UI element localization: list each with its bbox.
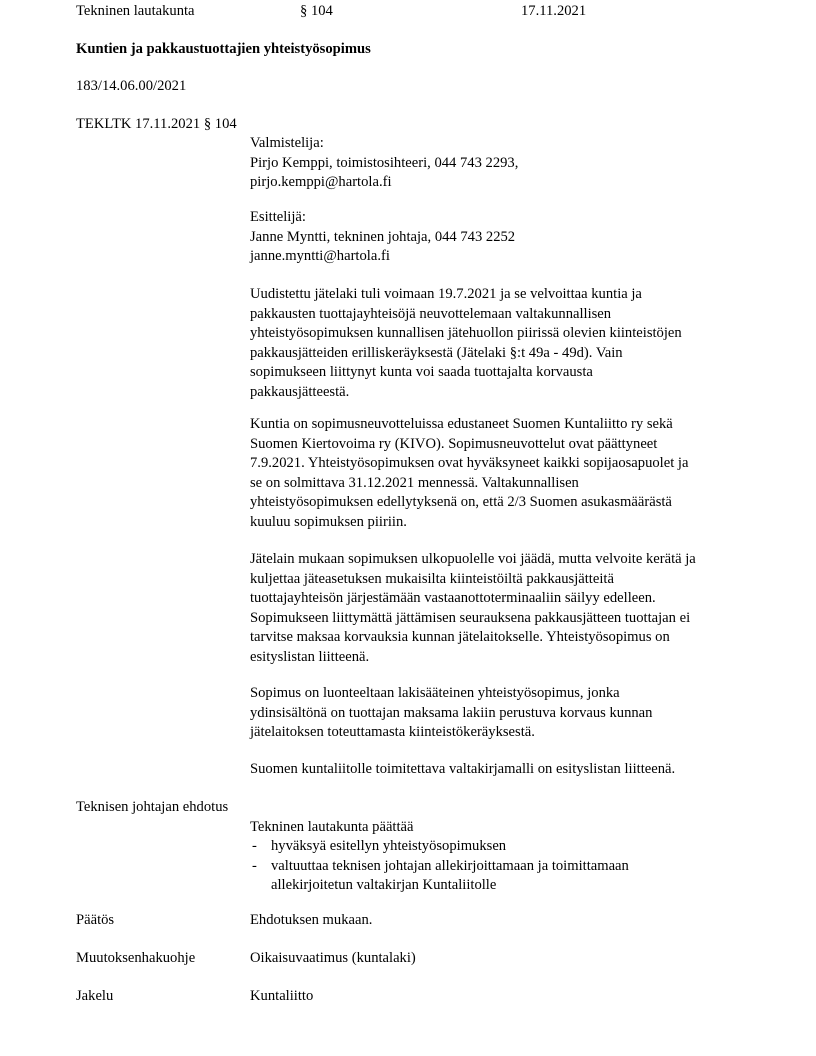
appeal-value: Oikaisuvaatimus (kuntalaki) bbox=[250, 949, 416, 969]
header-date: 17.11.2021 bbox=[521, 2, 586, 22]
paragraph-agreement-nature: Sopimus on luonteeltaan lakisääteinen yh… bbox=[250, 684, 760, 743]
preparer-details: Pirjo Kemppi, toimistosihteeri, 044 743 … bbox=[250, 154, 760, 174]
preparer-email[interactable]: pirjo.kemppi@hartola.fi bbox=[250, 173, 760, 193]
proposal-item-text: allekirjoitetun valtakirjan Kuntaliitoll… bbox=[271, 876, 750, 896]
preparer-label: Valmistelija: bbox=[250, 134, 760, 154]
header-section: § 104 bbox=[300, 2, 333, 22]
paragraph-line: tuottajayhteisön järjestämään vastaanott… bbox=[250, 589, 760, 609]
presenter-block: Esittelijä: Janne Myntti, tekninen johta… bbox=[250, 208, 760, 267]
paragraph-line: pakkausten tuottajayhteisöjä neuvottelem… bbox=[250, 305, 760, 325]
presenter-details: Janne Myntti, tekninen johtaja, 044 743 … bbox=[250, 228, 760, 248]
preparer-block: Valmistelija: Pirjo Kemppi, toimistosiht… bbox=[250, 134, 760, 193]
presenter-email[interactable]: janne.myntti@hartola.fi bbox=[250, 247, 760, 267]
document-title: Kuntien ja pakkaustuottajien yhteistyöso… bbox=[76, 40, 371, 60]
paragraph-line: Suomen Kiertovoima ry (KIVO). Sopimusneu… bbox=[250, 435, 760, 455]
paragraph-line: kuljettaa jäteasetuksen mukaisilta kiint… bbox=[250, 570, 760, 590]
paragraph-line: sopimukseen liittynyt kunta voi saada tu… bbox=[250, 363, 760, 383]
proposal-intro: Tekninen lautakunta päättää bbox=[250, 818, 414, 838]
record-number: 183/14.06.00/2021 bbox=[76, 77, 186, 97]
proposal-label: Teknisen johtajan ehdotus bbox=[76, 798, 228, 818]
decision-label: Päätös bbox=[76, 911, 114, 931]
paragraph-line: kuuluu sopimuksen piiriin. bbox=[250, 513, 760, 533]
paragraph-line: Kuntia on sopimusneuvotteluissa edustane… bbox=[250, 415, 760, 435]
proposal-item-text: valtuuttaa teknisen johtajan allekirjoit… bbox=[271, 857, 750, 877]
proposal-item: - valtuuttaa teknisen johtajan allekirjo… bbox=[250, 857, 750, 896]
paragraph-line: yhteistyösopimuksen edellytyksenä on, et… bbox=[250, 493, 760, 513]
paragraph-new-waste-law: Uudistettu jätelaki tuli voimaan 19.7.20… bbox=[250, 285, 760, 402]
paragraph-line: Suomen kuntaliitolle toimitettava valtak… bbox=[250, 760, 760, 780]
proposal-item-text: hyväksyä esitellyn yhteistyösopimuksen bbox=[271, 837, 750, 857]
decision-value: Ehdotuksen mukaan. bbox=[250, 911, 372, 931]
paragraph-line: 7.9.2021. Yhteistyösopimuksen ovat hyväk… bbox=[250, 454, 760, 474]
paragraph-line: pakkausjätteiden erilliskeräyksestä (Jät… bbox=[250, 344, 760, 364]
header-committee: Tekninen lautakunta bbox=[76, 2, 195, 22]
proposal-list: - hyväksyä esitellyn yhteistyösopimuksen… bbox=[250, 837, 750, 896]
paragraph-negotiations: Kuntia on sopimusneuvotteluissa edustane… bbox=[250, 415, 760, 532]
meeting-reference: TEKLTK 17.11.2021 § 104 bbox=[76, 115, 237, 135]
appeal-label: Muutoksenhakuohje bbox=[76, 949, 195, 969]
bullet-dash: - bbox=[252, 837, 257, 857]
paragraph-opt-out: Jätelain mukaan sopimuksen ulkopuolelle … bbox=[250, 550, 760, 667]
paragraph-line: tarvitse maksaa korvauksia kunnan jätela… bbox=[250, 628, 760, 648]
paragraph-line: yhteistyösopimuksen kunnallisen jätehuol… bbox=[250, 324, 760, 344]
presenter-label: Esittelijä: bbox=[250, 208, 760, 228]
paragraph-line: pakkausjätteestä. bbox=[250, 383, 760, 403]
paragraph-line: se on solmittava 31.12.2021 mennessä. Va… bbox=[250, 474, 760, 494]
paragraph-power-of-attorney: Suomen kuntaliitolle toimitettava valtak… bbox=[250, 760, 760, 780]
bullet-dash: - bbox=[252, 857, 257, 877]
paragraph-line: Uudistettu jätelaki tuli voimaan 19.7.20… bbox=[250, 285, 760, 305]
paragraph-line: Jätelain mukaan sopimuksen ulkopuolelle … bbox=[250, 550, 760, 570]
proposal-item: - hyväksyä esitellyn yhteistyösopimuksen bbox=[250, 837, 750, 857]
paragraph-line: ydinsisältönä on tuottajan maksama lakii… bbox=[250, 704, 760, 724]
paragraph-line: jätelaitoksen toteuttamasta kiinteistöke… bbox=[250, 723, 760, 743]
paragraph-line: Sopimus on luonteeltaan lakisääteinen yh… bbox=[250, 684, 760, 704]
paragraph-line: esityslistan liitteenä. bbox=[250, 648, 760, 668]
distribution-value: Kuntaliitto bbox=[250, 987, 313, 1007]
distribution-label: Jakelu bbox=[76, 987, 113, 1007]
paragraph-line: Sopimukseen liittymättä jättämisen seura… bbox=[250, 609, 760, 629]
